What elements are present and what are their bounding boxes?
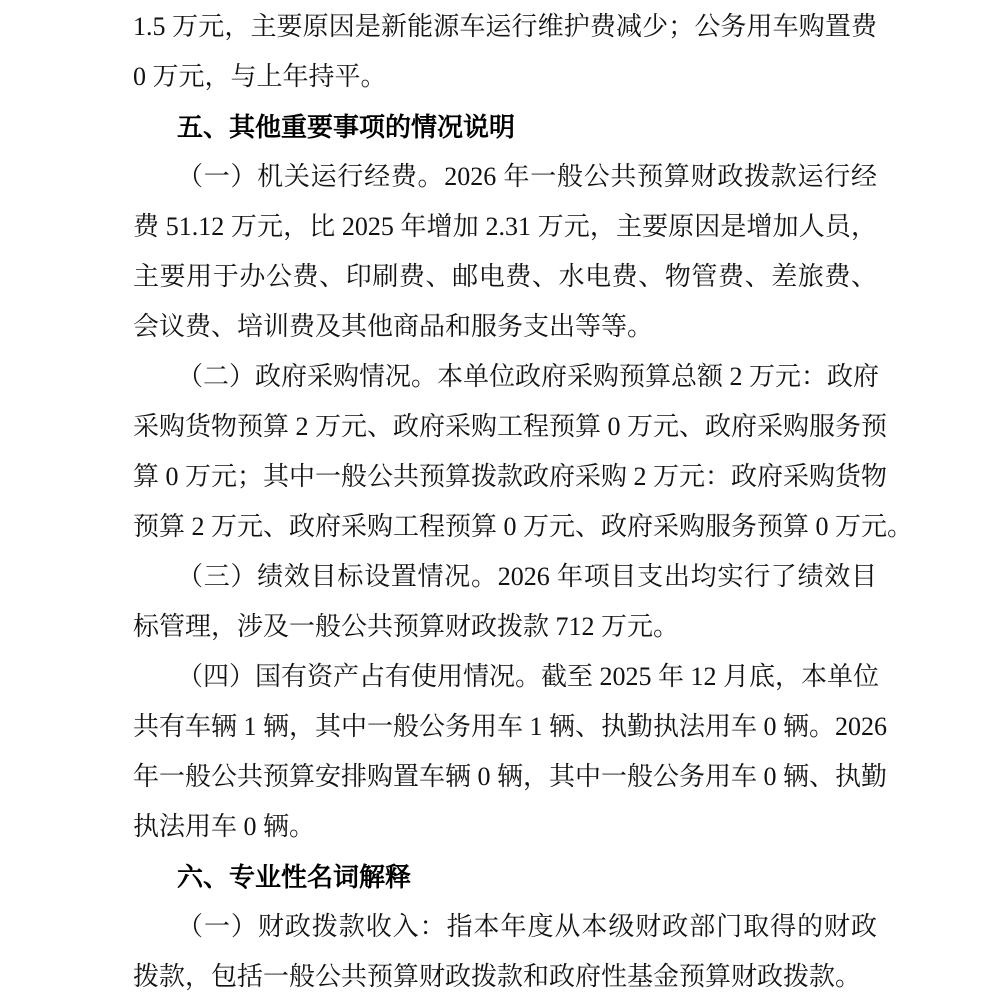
text-line: 执法用车 0 辆。 xyxy=(133,802,877,852)
text-line: 费 51.12 万元，比 2025 年增加 2.31 万元，主要原因是增加人员， xyxy=(133,202,877,252)
text-line: 预算 2 万元、政府采购工程预算 0 万元、政府采购服务预算 0 万元。 xyxy=(133,502,877,552)
text-line: （一）财政拨款收入：指本年度从本级财政部门取得的财政 xyxy=(133,902,877,952)
text-line: 会议费、培训费及其他商品和服务支出等等。 xyxy=(133,302,877,352)
paragraph-performance-targets: （三）绩效目标设置情况。2026 年项目支出均实行了绩效目 标管理，涉及一般公共… xyxy=(133,552,877,652)
text-line: 1.5 万元，主要原因是新能源车运行维护费减少；公务用车购置费 xyxy=(133,2,877,52)
text-line: 共有车辆 1 辆，其中一般公务用车 1 辆、执勤执法用车 0 辆。2026 xyxy=(133,702,877,752)
paragraph-state-owned-assets: （四）国有资产占有使用情况。截至 2025 年 12 月底，本单位 共有车辆 1… xyxy=(133,652,877,852)
text-line: （四）国有资产占有使用情况。截至 2025 年 12 月底，本单位 xyxy=(133,652,877,702)
paragraph-vehicle-cost: 1.5 万元，主要原因是新能源车运行维护费减少；公务用车购置费 0 万元，与上年… xyxy=(133,2,877,102)
text-line: 拨款，包括一般公共预算财政拨款和政府性基金预算财政拨款。 xyxy=(133,952,877,1002)
paragraph-government-procurement: （二）政府采购情况。本单位政府采购预算总额 2 万元：政府 采购货物预算 2 万… xyxy=(133,352,877,552)
paragraph-agency-operating-expense: （一）机关运行经费。2026 年一般公共预算财政拨款运行经 费 51.12 万元… xyxy=(133,152,877,352)
text-line: 年一般公共预算安排购置车辆 0 辆，其中一般公务用车 0 辆、执勤 xyxy=(133,752,877,802)
text-line: （三）绩效目标设置情况。2026 年项目支出均实行了绩效目 xyxy=(133,552,877,602)
text-line: 主要用于办公费、印刷费、邮电费、水电费、物管费、差旅费、 xyxy=(133,252,877,302)
paragraph-fiscal-appropriation-income: （一）财政拨款收入：指本年度从本级财政部门取得的财政 拨款，包括一般公共预算财政… xyxy=(133,902,877,1002)
text-line: 标管理，涉及一般公共预算财政拨款 712 万元。 xyxy=(133,602,877,652)
text-line: 采购货物预算 2 万元、政府采购工程预算 0 万元、政府采购服务预 xyxy=(133,402,877,452)
document-page: 1.5 万元，主要原因是新能源车运行维护费减少；公务用车购置费 0 万元，与上年… xyxy=(133,2,877,1002)
text-line: 0 万元，与上年持平。 xyxy=(133,52,877,102)
section-heading-terminology: 六、专业性名词解释 xyxy=(133,852,877,902)
text-line: （一）机关运行经费。2026 年一般公共预算财政拨款运行经 xyxy=(133,152,877,202)
section-heading-other-important-items: 五、其他重要事项的情况说明 xyxy=(133,102,877,152)
text-line: （二）政府采购情况。本单位政府采购预算总额 2 万元：政府 xyxy=(133,352,877,402)
text-line: 算 0 万元；其中一般公共预算拨款政府采购 2 万元：政府采购货物 xyxy=(133,452,877,502)
